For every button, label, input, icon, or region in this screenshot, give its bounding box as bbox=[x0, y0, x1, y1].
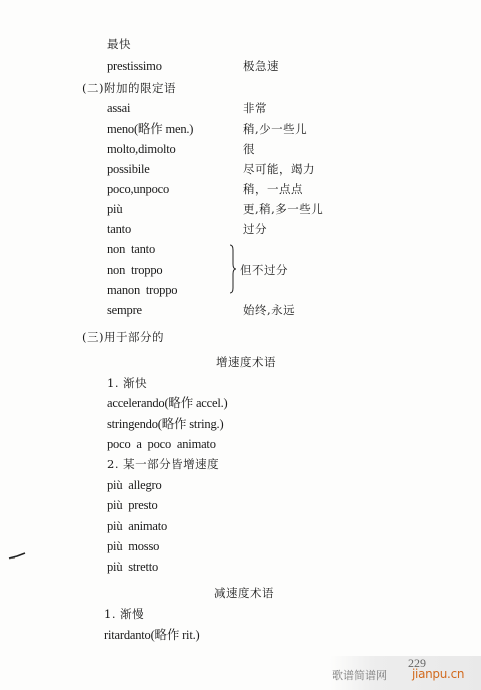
accel-item: più animato bbox=[107, 518, 167, 534]
rit-title: 减速度术语 bbox=[214, 585, 274, 601]
meaning-row: 尽可能，竭力 bbox=[243, 161, 315, 177]
term-row: meno(略作 men.) bbox=[107, 121, 193, 137]
section-three-heading: (三)用于部分的 bbox=[82, 329, 164, 345]
term-row: molto,dimolto bbox=[107, 141, 176, 157]
accel-title: 增速度术语 bbox=[216, 354, 276, 370]
meaning-row: 稍，一点点 bbox=[243, 181, 303, 197]
meaning-row: 过分 bbox=[243, 221, 267, 237]
scan-mark-icon bbox=[8, 552, 26, 560]
term-row: tanto bbox=[107, 221, 131, 237]
term-row: assai bbox=[107, 100, 130, 116]
watermark-site: jianpu.cn bbox=[412, 667, 464, 681]
rit-item: ritardanto(略作 rit.) bbox=[104, 627, 199, 643]
term-group-item: non tanto bbox=[107, 241, 155, 257]
accel-item: più stretto bbox=[107, 559, 158, 575]
accel-item: più presto bbox=[107, 497, 158, 513]
term-group-item: manon troppo bbox=[107, 282, 177, 298]
meaning-row: 非常 bbox=[243, 100, 267, 116]
term-row: più bbox=[107, 201, 122, 217]
term-row: possibile bbox=[107, 161, 150, 177]
meaning-row: 稍,少一些儿 bbox=[243, 121, 307, 137]
accel-item: accelerando(略作 accel.) bbox=[107, 395, 228, 411]
term-prestissimo: prestissimo bbox=[107, 58, 162, 74]
accel-item: stringendo(略作 string.) bbox=[107, 416, 223, 432]
meaning-prestissimo: 极急速 bbox=[243, 58, 279, 74]
term-row: poco,unpoco bbox=[107, 181, 169, 197]
group-meaning: 但不过分 bbox=[240, 262, 288, 278]
term-row: sempre bbox=[107, 302, 142, 318]
right-brace-icon bbox=[229, 244, 237, 294]
meaning-row: 始终,永远 bbox=[243, 302, 295, 318]
meaning-row: 很 bbox=[243, 141, 255, 157]
heading-fastest: 最快 bbox=[107, 36, 131, 52]
accel-item: più allegro bbox=[107, 477, 162, 493]
meaning-row: 更,稍,多一些儿 bbox=[243, 201, 323, 217]
watermark-cn: 歌谱简谱网 bbox=[332, 667, 387, 683]
accel-sub2: 2. 某一部分皆增速度 bbox=[107, 456, 219, 472]
rit-sub1: 1. 渐慢 bbox=[104, 606, 144, 622]
accel-item: più mosso bbox=[107, 538, 159, 554]
accel-item: poco a poco animato bbox=[107, 436, 216, 452]
accel-sub1: 1. 渐快 bbox=[107, 375, 147, 391]
term-group-item: non troppo bbox=[107, 262, 162, 278]
section-two-heading: (二)附加的限定语 bbox=[82, 80, 176, 96]
